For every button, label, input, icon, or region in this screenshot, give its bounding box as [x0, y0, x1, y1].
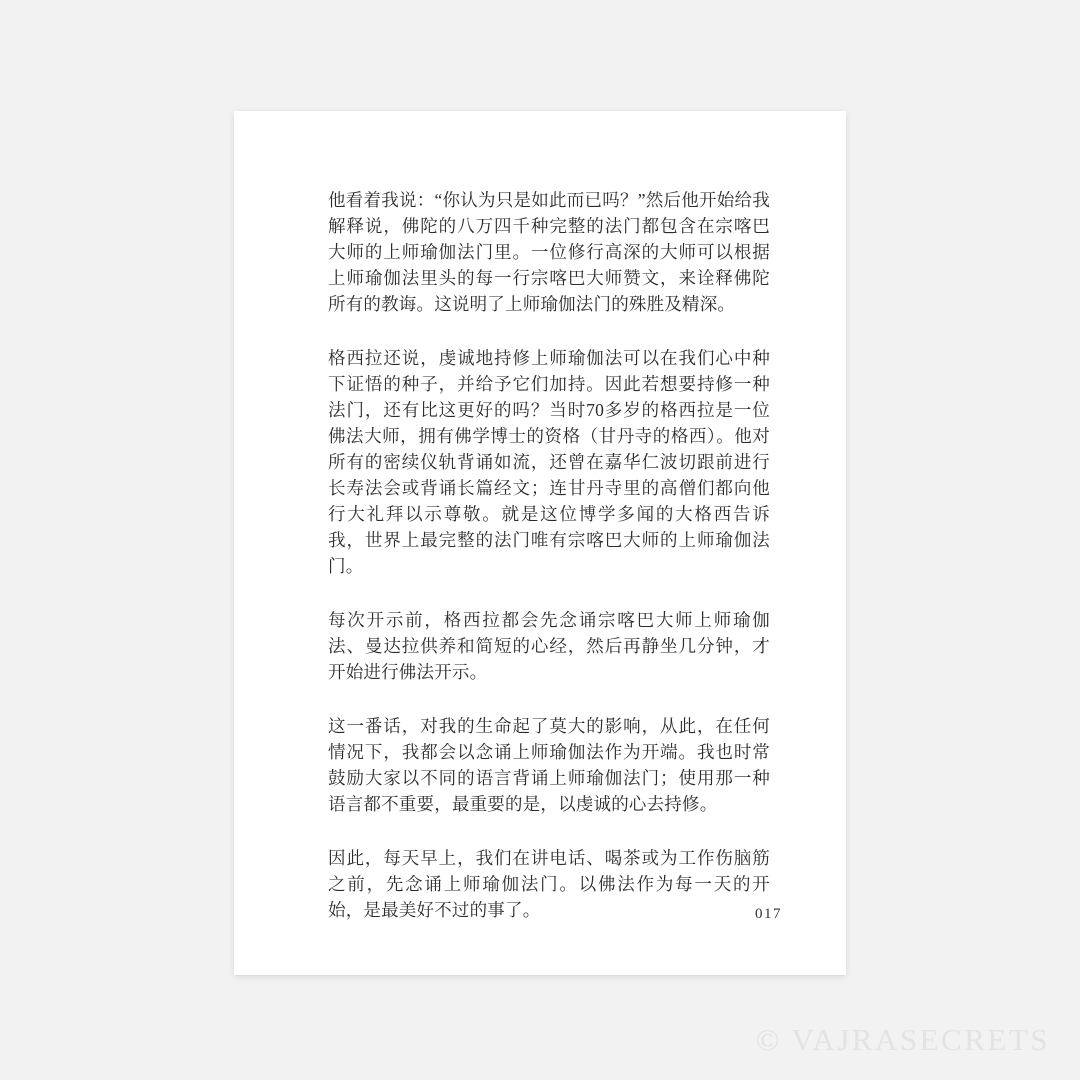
paragraph: 这一番话，对我的生命起了莫大的影响，从此，在任何情况下，我都会以念诵上师瑜伽法作…	[328, 713, 770, 817]
copyright-watermark: © VAJRASECRETS	[756, 1022, 1050, 1058]
page-number: 017	[755, 906, 782, 923]
paragraph: 每次开示前，格西拉都会先念诵宗喀巴大师上师瑜伽法、曼达拉供养和简短的心经，然后再…	[328, 607, 770, 685]
paragraph: 因此，每天早上，我们在讲电话、喝茶或为工作伤脑筋之前，先念诵上师瑜伽法门。以佛法…	[328, 845, 770, 923]
paragraph: 格西拉还说，虔诚地持修上师瑜伽法可以在我们心中种下证悟的种子，并给予它们加持。因…	[328, 345, 770, 579]
page-text-block: 他看着我说：“你认为只是如此而已吗？”然后他开始给我解释说，佛陀的八万四千种完整…	[328, 187, 770, 923]
paragraph: 他看着我说：“你认为只是如此而已吗？”然后他开始给我解释说，佛陀的八万四千种完整…	[328, 187, 770, 317]
book-page: 他看着我说：“你认为只是如此而已吗？”然后他开始给我解释说，佛陀的八万四千种完整…	[234, 111, 846, 975]
product-photo-background: 他看着我说：“你认为只是如此而已吗？”然后他开始给我解释说，佛陀的八万四千种完整…	[0, 0, 1080, 1080]
